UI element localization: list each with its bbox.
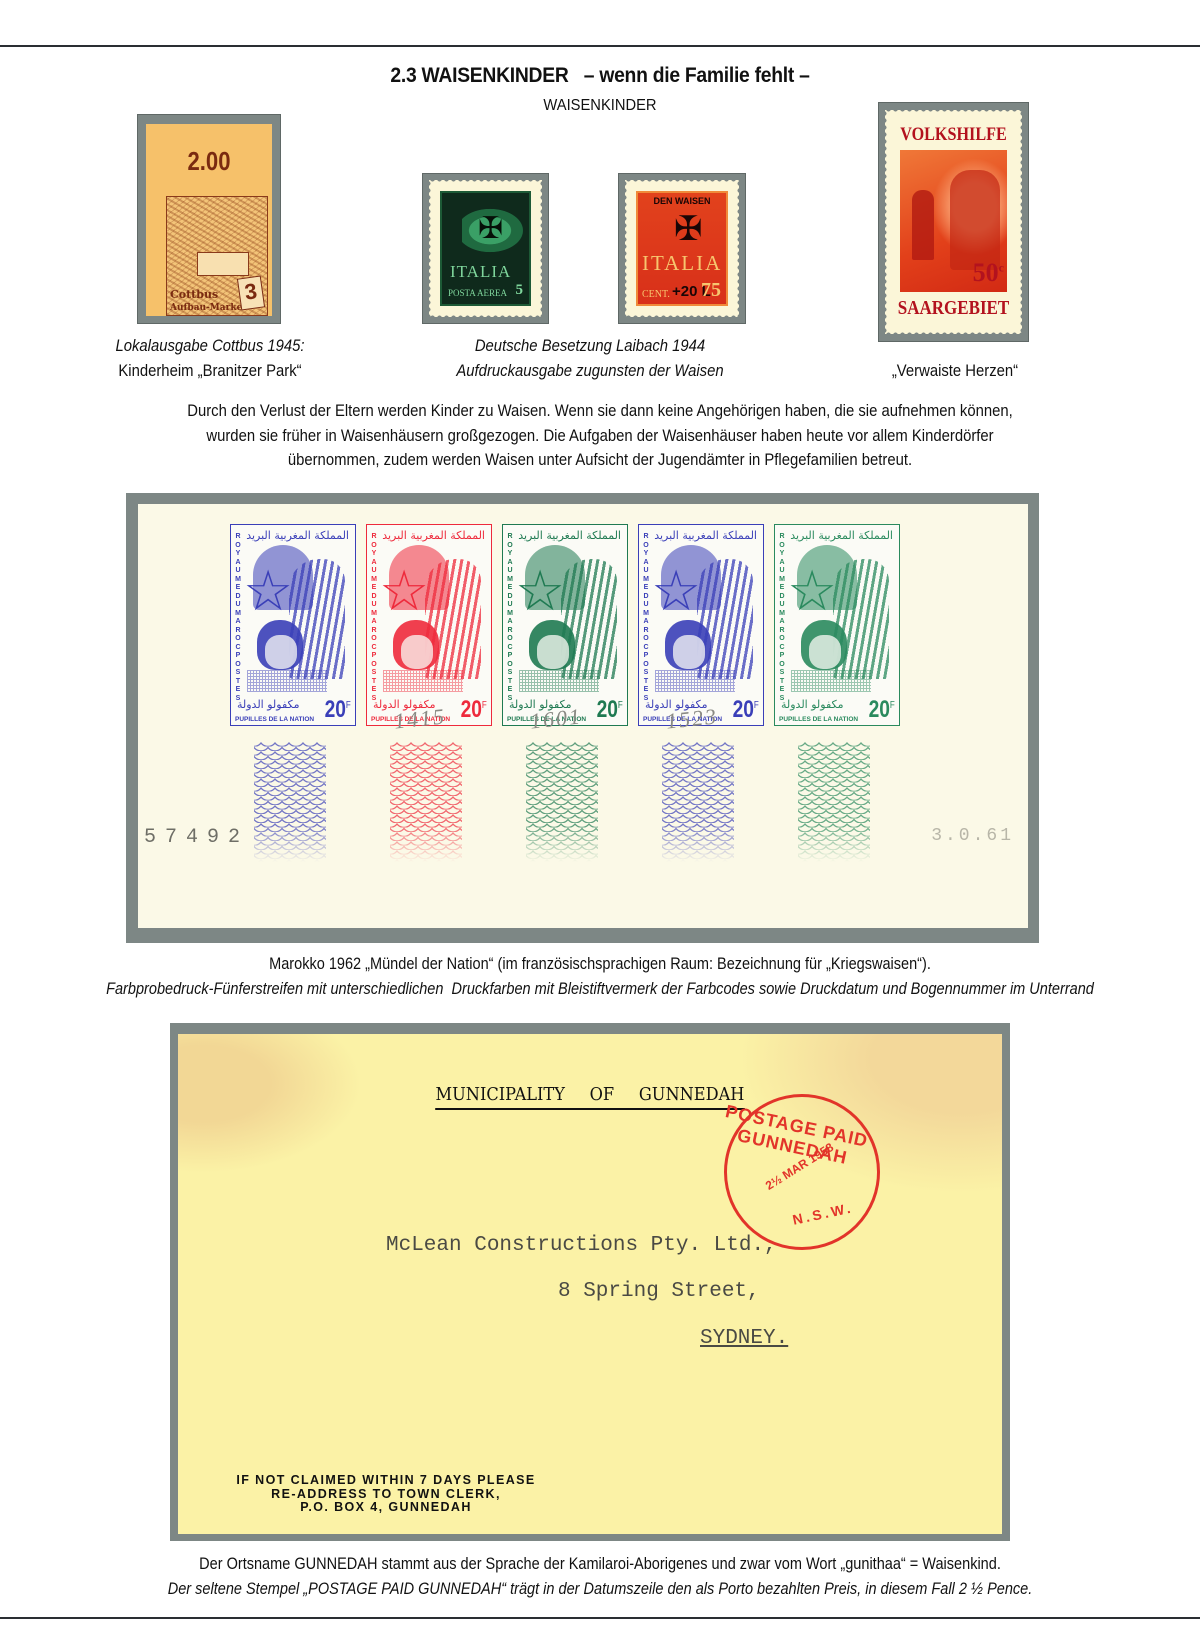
proof-stamp: ROYAUMEDUMAROCPOSTESالمملكة المغربية الب… xyxy=(366,524,492,726)
morocco-proof-strip-mount: 57492 3.0.61 ROYAUMEDUMAROCPOSTESالمملكة… xyxy=(126,493,1039,943)
address-line-2: 8 Spring Street, xyxy=(558,1280,760,1303)
stamp-town: Cottbus xyxy=(170,288,218,301)
grandparents-figure-icon xyxy=(950,170,1000,270)
stamp-side-text: ROYAUMEDUMAROCPOSTES xyxy=(642,533,650,703)
scale-pattern-margin xyxy=(390,742,462,862)
stamp-bottom-text: PUPILLES DE LA NATION xyxy=(235,716,314,723)
return-notice-line-3: P.O. BOX 4, GUNNEDAH xyxy=(206,1501,566,1515)
stamp-laibach-green: ✠ ITALIA POSTA AEREA 5 xyxy=(429,180,542,317)
stamp-subline: POSTA AEREA xyxy=(448,288,507,298)
scale-pattern-margin xyxy=(254,742,326,862)
stamp-saar: VOLKSHILFE 50c SAARGEBIET xyxy=(885,110,1022,334)
child-face-icon xyxy=(537,635,569,669)
caption-laibach-line1: Deutsche Besetzung Laibach 1944 xyxy=(410,334,770,359)
morocco-proof-strip: 57492 3.0.61 ROYAUMEDUMAROCPOSTESالمملكة… xyxy=(138,504,1028,928)
caption-envelope-line2: Der seltene Stempel „POSTAGE PAID GUNNED… xyxy=(72,1577,1128,1602)
book-icon xyxy=(247,670,327,692)
proof-stamp: ROYAUMEDUMAROCPOSTESالمملكة المغربية الب… xyxy=(502,524,628,726)
stamp-arabic-top: المملكة المغربية البريد xyxy=(518,529,621,542)
caption-envelope-line1: Der Ortsname GUNNEDAH stammt aus der Spr… xyxy=(72,1552,1128,1577)
child-face-icon xyxy=(673,635,705,669)
return-notice-line-2: RE-ADDRESS TO TOWN CLERK, xyxy=(206,1488,566,1502)
child-face-icon xyxy=(401,635,433,669)
stamp-arabic-top: المملكة المغربية البريد xyxy=(382,529,485,542)
stamp-top-text: VOLKSHILFE xyxy=(895,124,1011,146)
address-line-3: SYDNEY. xyxy=(700,1327,788,1350)
pentagram-star-icon: ☆ xyxy=(651,563,701,619)
stamp-value: 20F xyxy=(597,696,623,724)
stamp-face-value: 5 xyxy=(516,282,524,299)
stamp-side-text: ROYAUMEDUMAROCPOSTES xyxy=(778,533,786,703)
intro-line-2: wurden sie früher in Waisenhäusern großg… xyxy=(132,424,1068,449)
caption-morocco: Marokko 1962 „Mündel der Nation“ (im fra… xyxy=(72,952,1128,1002)
return-notice: IF NOT CLAIMED WITHIN 7 DAYS PLEASE RE-A… xyxy=(206,1474,566,1515)
stamp-unit: CENT. xyxy=(642,289,670,300)
stamp-arabic-bottom: مكفولو الدولة xyxy=(781,698,844,711)
bottom-rule xyxy=(0,1617,1200,1619)
stamp-side-text: ROYAUMEDUMAROCPOSTES xyxy=(234,533,242,703)
eagle-overprint-icon: ✠ xyxy=(478,211,503,246)
stamp-image-park: Cottbus Aufbau-Marke 3 xyxy=(166,196,268,316)
pentagram-star-icon: ☆ xyxy=(243,563,293,619)
print-date: 3.0.61 xyxy=(931,826,1014,846)
stamp-value: 20F xyxy=(733,696,759,724)
intro-line-3: übernommen, zudem werden Waisen unter Au… xyxy=(132,448,1068,473)
pentagram-star-icon: ☆ xyxy=(787,563,837,619)
intro-paragraph: Durch den Verlust der Eltern werden Kind… xyxy=(132,399,1068,473)
stamp-mount-laibach-red: DEN WAISEN ✠ ITALIA CENT. +20 L 75 xyxy=(618,173,746,324)
stamp-bottom-text: PUPILLES DE LA NATION xyxy=(779,716,858,723)
stamp-value: 20F xyxy=(869,696,895,724)
pentagram-star-icon: ☆ xyxy=(379,563,429,619)
top-rule xyxy=(0,45,1200,47)
book-icon xyxy=(383,670,463,692)
stamp-arabic-bottom: مكفولو الدولة xyxy=(237,698,300,711)
intro-line-1: Durch den Verlust der Eltern werden Kind… xyxy=(132,399,1068,424)
stamp-mount-saar: VOLKSHILFE 50c SAARGEBIET xyxy=(878,102,1029,342)
page-title: 2.3 WAISENKINDER – wenn die Familie fehl… xyxy=(48,64,1152,88)
book-icon xyxy=(791,670,871,692)
stamp-mount-cottbus: 2.00 Cottbus Aufbau-Marke 3 xyxy=(137,114,281,324)
stamp-arabic-top: المملكة المغربية البريد xyxy=(790,529,893,542)
stamp-cottbus: 2.00 Cottbus Aufbau-Marke 3 xyxy=(146,124,272,316)
child-face-icon xyxy=(265,635,297,669)
scale-pattern-margin xyxy=(526,742,598,862)
child-face-icon xyxy=(809,635,841,669)
caption-laibach-line2: Aufdruckausgabe zugunsten der Waisen xyxy=(410,359,770,384)
book-icon xyxy=(519,670,599,692)
stamp-bottom-text: SAARGEBIET xyxy=(895,297,1011,320)
stamp-side-text: ROYAUMEDUMAROCPOSTES xyxy=(506,533,514,703)
stamp-country: ITALIA xyxy=(450,262,511,282)
caption-cottbus-line1: Lokalausgabe Cottbus 1945: xyxy=(75,334,345,359)
stamp-laibach-red: DEN WAISEN ✠ ITALIA CENT. +20 L 75 xyxy=(625,180,739,317)
manor-house-icon xyxy=(197,252,249,276)
stamp-arabic-top: المملكة المغربية البريد xyxy=(654,529,757,542)
proof-stamp: ROYAUMEDUMAROCPOSTESالمملكة المغربية الب… xyxy=(774,524,900,726)
stamp-label: Aufbau-Marke xyxy=(170,303,242,313)
scale-pattern-margin xyxy=(798,742,870,862)
book-icon xyxy=(655,670,735,692)
stamp-overprint-text: DEN WAISEN xyxy=(638,196,726,206)
cancel-state: N.S.W. xyxy=(791,1199,855,1227)
proof-stamp: ROYAUMEDUMAROCPOSTESالمملكة المغربية الب… xyxy=(638,524,764,726)
caption-morocco-line1: Marokko 1962 „Mündel der Nation“ (im fra… xyxy=(72,952,1128,977)
pencil-color-code: 1601 xyxy=(529,703,583,734)
pentagram-star-icon: ☆ xyxy=(515,563,565,619)
stamp-face-value: 50c xyxy=(973,258,1004,288)
envelope-mount: MUNICIPALITY OF GUNNEDAH POSTAGE PAID GU… xyxy=(170,1023,1010,1541)
caption-laibach: Deutsche Besetzung Laibach 1944 Aufdruck… xyxy=(410,334,770,384)
eagle-overprint-icon: ✠ xyxy=(674,209,703,249)
stamp-value: 20F xyxy=(461,696,487,724)
stamp-arabic-top: المملكة المغربية البريد xyxy=(246,529,349,542)
pencil-color-code: 1523 xyxy=(665,703,719,734)
envelope-letterhead: MUNICIPALITY OF GUNNEDAH xyxy=(219,1084,961,1105)
stamp-face-value: 3 xyxy=(237,275,265,310)
caption-cottbus: Lokalausgabe Cottbus 1945: Kinderheim „B… xyxy=(75,334,345,384)
child-figure-icon xyxy=(912,190,934,260)
caption-saar: „Verwaiste Herzen“ xyxy=(852,359,1059,384)
stamp-overprint-value: 2.00 xyxy=(155,146,262,177)
caption-cottbus-line2: Kinderheim „Branitzer Park“ xyxy=(75,359,345,384)
caption-envelope: Der Ortsname GUNNEDAH stammt aus der Spr… xyxy=(72,1552,1128,1602)
caption-morocco-line2: Farbprobedruck-Fünferstreifen mit unters… xyxy=(72,977,1128,1002)
stamp-value: 20F xyxy=(325,696,351,724)
proof-stamp: ROYAUMEDUMAROCPOSTESالمملكة المغربية الب… xyxy=(230,524,356,726)
scale-pattern-margin xyxy=(662,742,734,862)
stamp-country: ITALIA xyxy=(642,251,722,276)
stamp-side-text: ROYAUMEDUMAROCPOSTES xyxy=(370,533,378,703)
sheet-number: 57492 xyxy=(144,826,249,849)
pencil-color-code: 1415 xyxy=(393,703,447,734)
address-line-1: McLean Constructions Pty. Ltd., xyxy=(386,1234,777,1257)
stamp-face-value: 75 xyxy=(701,279,721,302)
envelope-gunnedah: MUNICIPALITY OF GUNNEDAH POSTAGE PAID GU… xyxy=(178,1034,1002,1534)
stamp-mount-laibach-green: ✠ ITALIA POSTA AEREA 5 xyxy=(422,173,549,324)
return-notice-line-1: IF NOT CLAIMED WITHIN 7 DAYS PLEASE xyxy=(206,1474,566,1488)
